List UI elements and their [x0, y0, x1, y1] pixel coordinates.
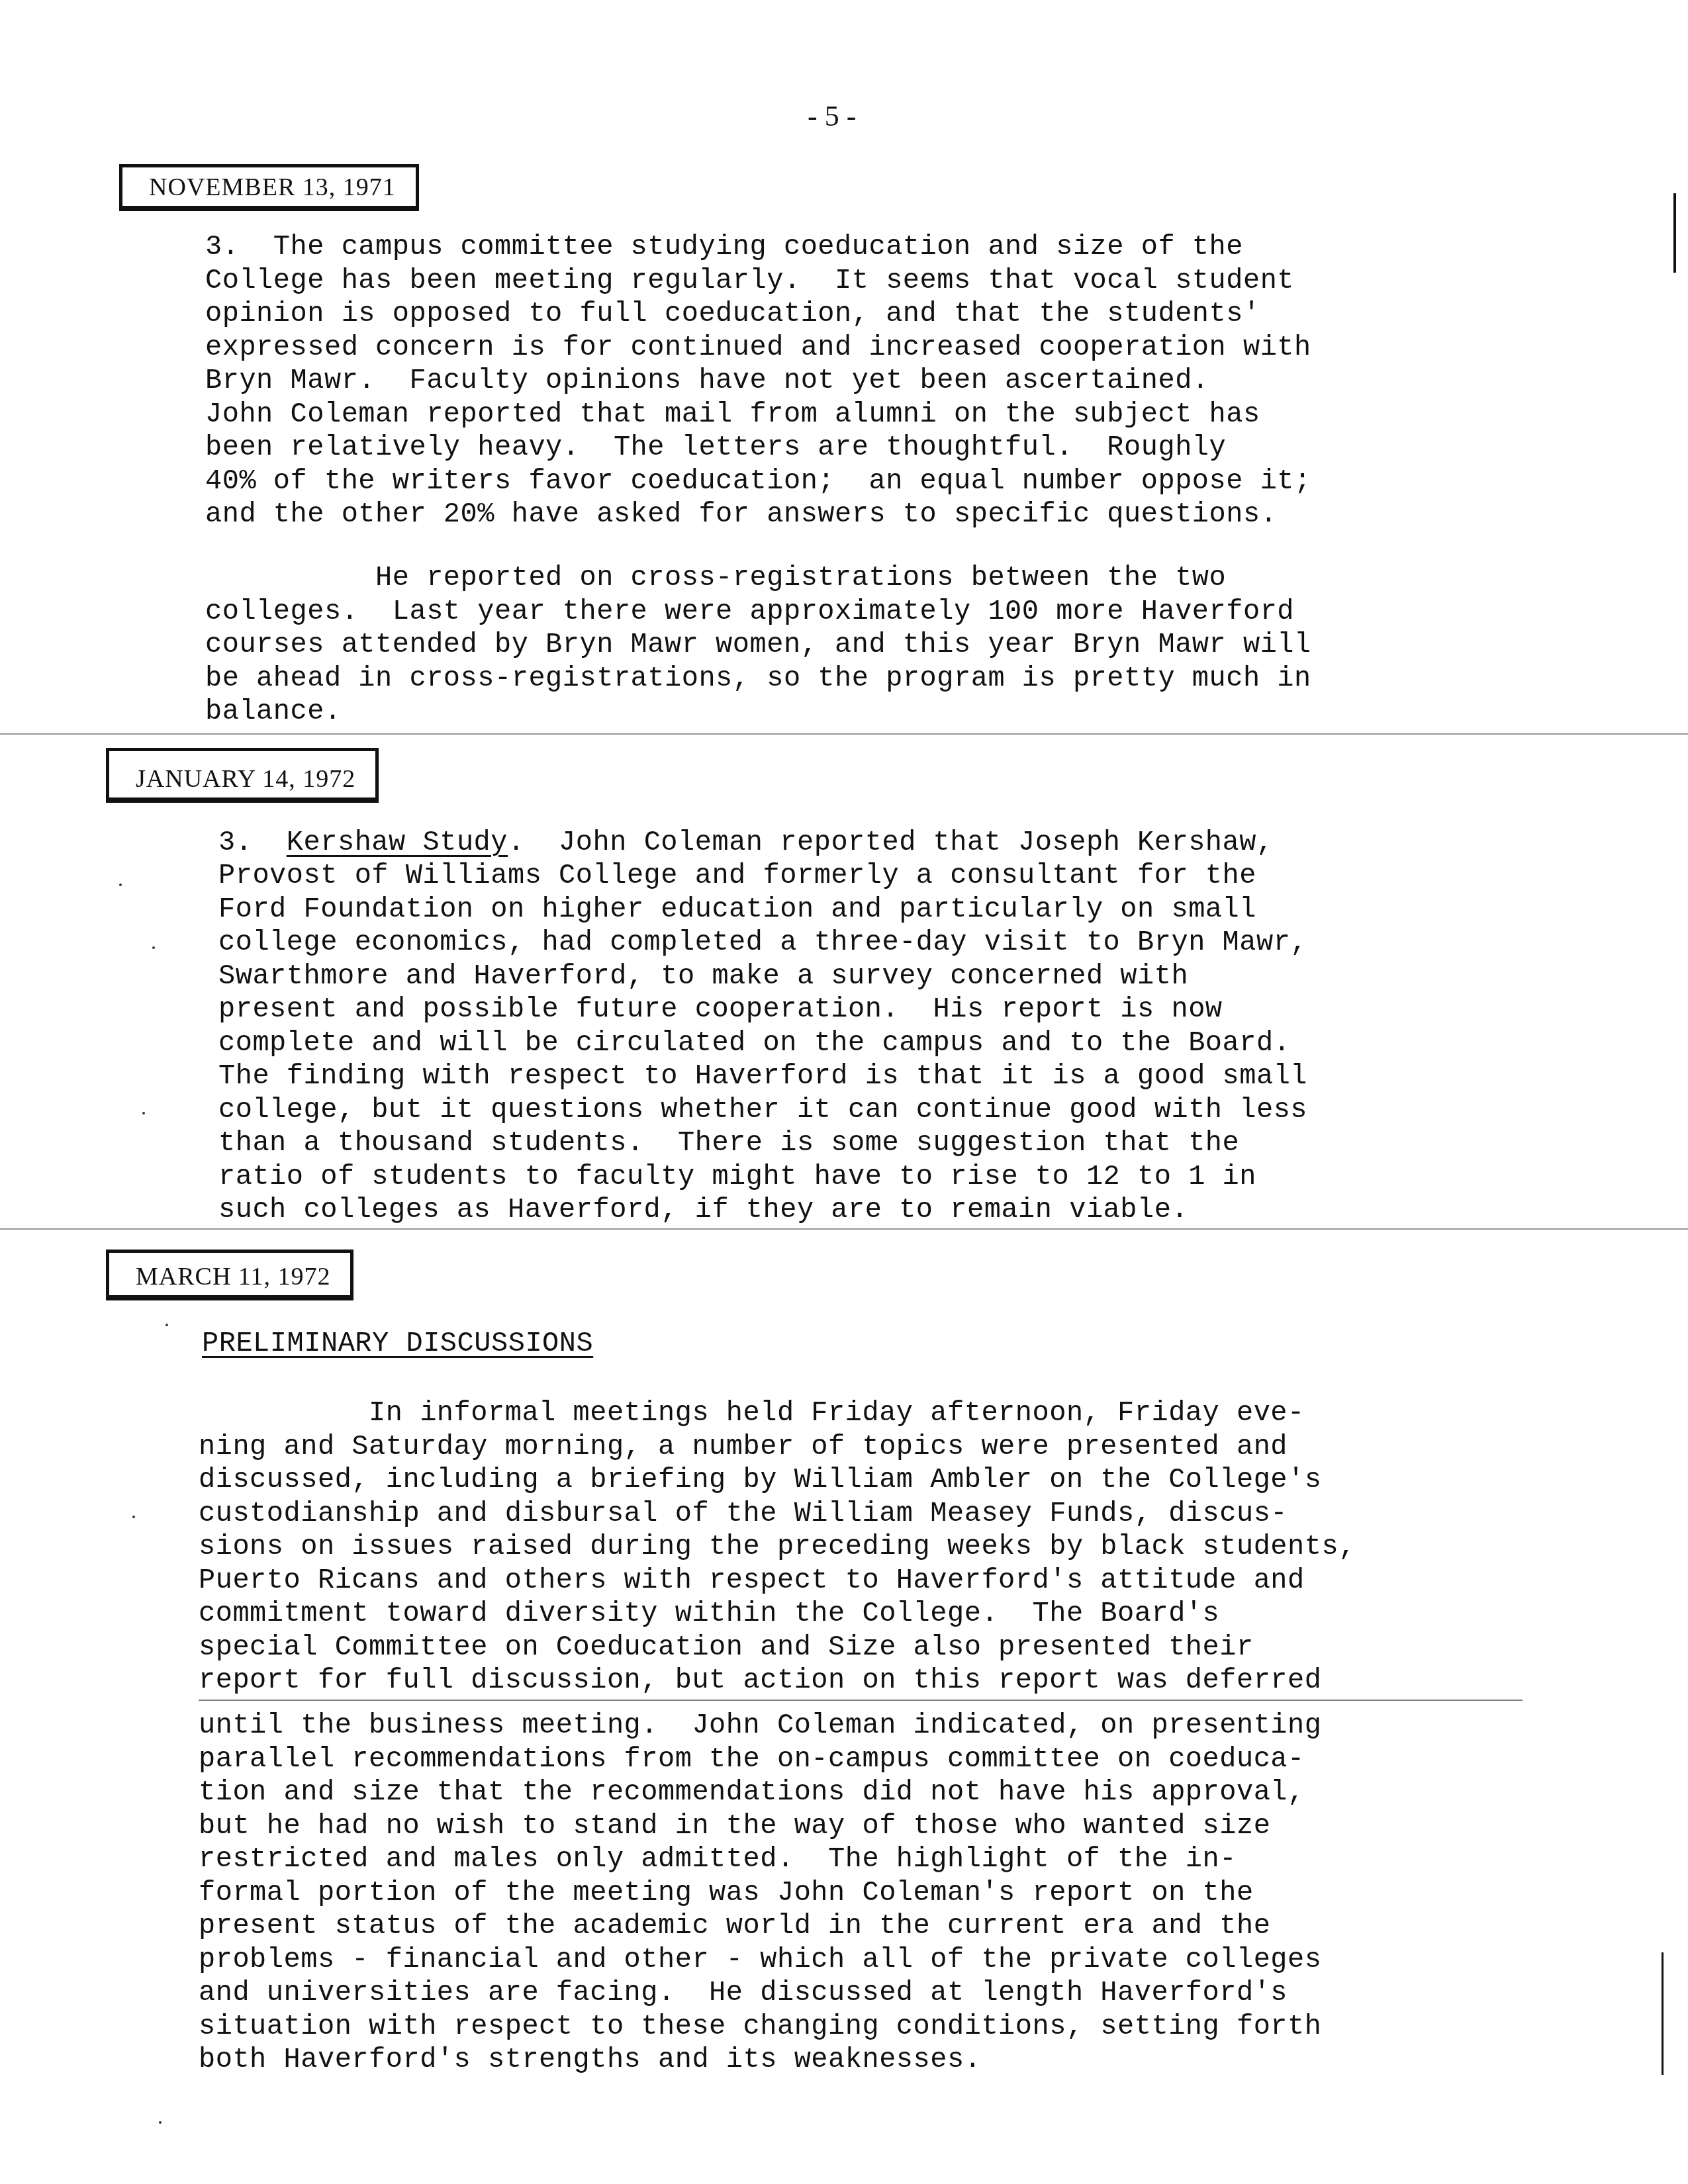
nov-paragraph-1: 3. The campus committee studying coeduca… — [205, 230, 1311, 531]
march-paragraph-1: In informal meetings held Friday afterno… — [199, 1396, 1356, 1698]
text-line: both Haverford's strengths and its weakn… — [199, 2043, 1321, 2077]
text-line: tion and size that the recommendations d… — [199, 1776, 1321, 1809]
march-paragraph-2: until the business meeting. John Coleman… — [199, 1709, 1321, 2077]
text-line: He reported on cross-registrations betwe… — [205, 561, 1311, 595]
text-line: college, but it questions whether it can… — [218, 1093, 1307, 1127]
text-line: courses attended by Bryn Mawr women, and… — [205, 628, 1311, 662]
text-line: report for full discussion, but action o… — [199, 1664, 1356, 1698]
text-line: be ahead in cross-registrations, so the … — [205, 662, 1311, 696]
text-line: parallel recommendations from the on-cam… — [199, 1743, 1321, 1776]
kershaw-paragraph: Provost of Williams College and formerly… — [218, 859, 1307, 1227]
text-line: present and possible future cooperation.… — [218, 993, 1307, 1026]
text-line: until the business meeting. John Coleman… — [199, 1709, 1321, 1743]
margin-rule — [1673, 193, 1676, 273]
scan-speck — [119, 884, 122, 886]
text-line: college economics, had completed a three… — [218, 926, 1307, 960]
text-line: balance. — [205, 695, 1311, 729]
text-line: Swarthmore and Haverford, to make a surv… — [218, 960, 1307, 993]
item-title-kershaw-study: Kershaw Study — [287, 827, 508, 858]
section-date-nov-1971: NOVEMBER 13, 1971 — [119, 164, 419, 211]
text-line: 3. The campus committee studying coeduca… — [205, 230, 1311, 264]
text-line: special Committee on Coeducation and Siz… — [199, 1631, 1356, 1664]
text-line: John Coleman reported that mail from alu… — [205, 398, 1311, 432]
text-line: but he had no wish to stand in the way o… — [199, 1809, 1321, 1843]
text-line: commitment toward diversity within the C… — [199, 1597, 1356, 1631]
text-line: In informal meetings held Friday afterno… — [199, 1396, 1356, 1430]
text-line: than a thousand students. There is some … — [218, 1126, 1307, 1160]
text-line: Ford Foundation on higher education and … — [218, 893, 1307, 927]
text-line: problems - financial and other - which a… — [199, 1943, 1321, 1977]
text-line: and universities are facing. He discusse… — [199, 1976, 1321, 2010]
text-line: colleges. Last year there were approxima… — [205, 595, 1311, 629]
nov-paragraph-2: He reported on cross-registrations betwe… — [205, 561, 1311, 729]
scan-speck — [159, 2121, 162, 2124]
text-line: discussed, including a briefing by Willi… — [199, 1463, 1356, 1497]
margin-rule — [1662, 1952, 1664, 2075]
text-line: and the other 20% have asked for answers… — [205, 498, 1311, 531]
clipping-edge-line — [0, 733, 1688, 735]
scan-speck — [165, 1324, 168, 1326]
text-line: expressed concern is for continued and i… — [205, 331, 1311, 365]
text-line: Bryn Mawr. Faculty opinions have not yet… — [205, 364, 1311, 398]
text-line: ratio of students to faculty might have … — [218, 1160, 1307, 1194]
clipping-edge-line — [199, 1700, 1523, 1701]
text-line: College has been meeting regularly. It s… — [205, 264, 1311, 298]
text-line: The finding with respect to Haverford is… — [218, 1060, 1307, 1093]
text-line: restricted and males only admitted. The … — [199, 1843, 1321, 1876]
text-line: been relatively heavy. The letters are t… — [205, 431, 1311, 465]
scan-speck — [132, 1516, 135, 1518]
page-number: - 5 - — [808, 99, 856, 133]
text-line: sions on issues raised during the preced… — [199, 1530, 1356, 1564]
text-line: opinion is opposed to full coeducation, … — [205, 297, 1311, 331]
heading-preliminary-discussions: PRELIMINARY DISCUSSIONS — [202, 1327, 593, 1360]
text-line: 40% of the writers favor coeducation; an… — [205, 465, 1311, 498]
text-line: ning and Saturday morning, a number of t… — [199, 1430, 1356, 1464]
text-line: such colleges as Haverford, if they are … — [218, 1193, 1307, 1227]
text-line: Puerto Ricans and others with respect to… — [199, 1564, 1356, 1598]
section-date-mar-1972: MARCH 11, 1972 — [106, 1250, 353, 1300]
text-line: present status of the academic world in … — [199, 1909, 1321, 1943]
item-first-line-text: . John Coleman reported that Joseph Kers… — [508, 827, 1274, 858]
text-line: Provost of Williams College and formerly… — [218, 859, 1307, 893]
text-line: situation with respect to these changing… — [199, 2010, 1321, 2044]
item-number: 3. — [218, 827, 252, 858]
scan-speck — [152, 946, 155, 949]
kershaw-first-line: 3. Kershaw Study. John Coleman reported … — [218, 826, 1274, 859]
section-date-jan-1972: JANUARY 14, 1972 — [106, 748, 379, 803]
text-line: complete and will be circulated on the c… — [218, 1026, 1307, 1060]
text-line: formal portion of the meeting was John C… — [199, 1876, 1321, 1910]
text-line: custodianship and disbursal of the Willi… — [199, 1497, 1356, 1531]
scan-speck — [142, 1112, 145, 1115]
clipping-edge-line — [0, 1228, 1688, 1230]
